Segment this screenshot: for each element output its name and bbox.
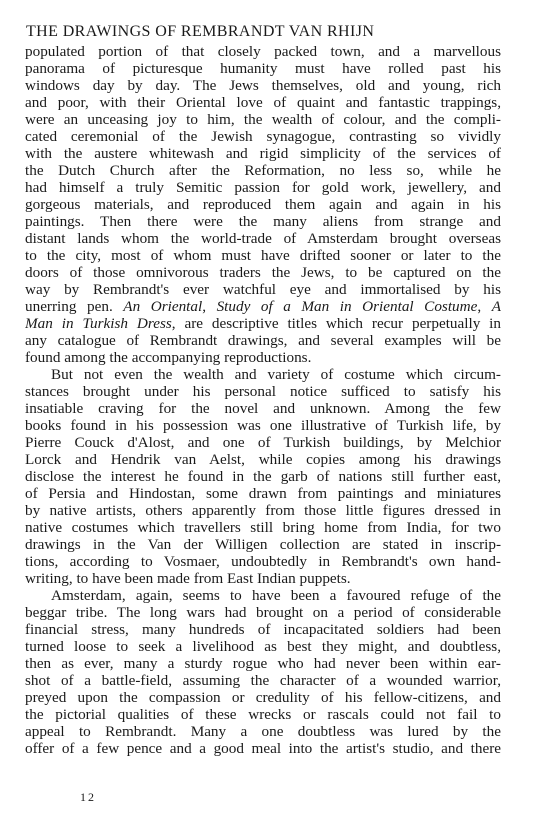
text-line: way by Rembrandt's ever watchful eye and… <box>25 281 501 298</box>
page-number: 12 <box>80 790 96 805</box>
text-line: cated ceremonial of the Jewish synagogue… <box>25 128 501 145</box>
text-line: found among the accompanying reproductio… <box>25 349 501 366</box>
text-line: offer of a few pence and a good meal int… <box>25 740 501 757</box>
text-line: distant lands whom the world-trade of Am… <box>25 230 501 247</box>
text-line: tions, according to Vosmaer, undoubtedly… <box>25 553 501 570</box>
text-line: gorgeous materials, and reproduced them … <box>25 196 501 213</box>
text-line: of Persia and Hindostan, some drawn from… <box>25 485 501 502</box>
text-line: any catalogue of Rembrandt drawings, and… <box>25 332 501 349</box>
text-line: insatiable craving for the novel and unk… <box>25 400 501 417</box>
text-line: panorama of picturesque humanity must ha… <box>25 60 501 77</box>
text-line: windows day by day. The Jews themselves,… <box>25 77 501 94</box>
text-line: books found in his possession was one il… <box>25 417 501 434</box>
text-line: paintings. Then there were the many alie… <box>25 213 501 230</box>
text-line: populated portion of that closely packed… <box>25 43 501 60</box>
text-line: Man in Turkish Dress, are descriptive ti… <box>25 315 501 332</box>
text-line: preyed upon the compassion or credulity … <box>25 689 501 706</box>
text-line: writing, to have been made from East Ind… <box>25 570 501 587</box>
text-line: were an unceasing joy to him, the wealth… <box>25 111 501 128</box>
text-line: doors of those omnivorous traders the Je… <box>25 264 501 281</box>
text-line: unerring pen. An Oriental, Study of a Ma… <box>25 298 501 315</box>
text-line: the pictorial qualities of these wrecks … <box>25 706 501 723</box>
text-line: by native artists, others apparently fro… <box>25 502 501 519</box>
text-line: shot of a battle-field, assuming the cha… <box>25 672 501 689</box>
text-line: stances brought under his personal notic… <box>25 383 501 400</box>
text-line: drawings in the Van der Willigen collect… <box>25 536 501 553</box>
text-line: beggar tribe. The long wars had brought … <box>25 604 501 621</box>
text-line: to the city, most of whom must have drif… <box>25 247 501 264</box>
text-line: Amsterdam, again, seems to have been a f… <box>25 587 501 604</box>
text-line: with the austere whitewash and rigid sim… <box>25 145 501 162</box>
text-line: the Dutch Church after the Reformation, … <box>25 162 501 179</box>
text-line: Pierre Couck d'Alost, and one of Turkish… <box>25 434 501 451</box>
text-line: appeal to Rembrandt. Many a one doubtles… <box>25 723 501 740</box>
text-line: turned loose to seek a livelihood as bes… <box>25 638 501 655</box>
body-text: populated portion of that closely packed… <box>25 43 501 757</box>
running-head: THE DRAWINGS OF REMBRANDT VAN RHIJN <box>26 22 501 42</box>
text-line: financial stress, many hundreds of incap… <box>25 621 501 638</box>
text-line: But not even the wealth and variety of c… <box>25 366 501 383</box>
book-page: THE DRAWINGS OF REMBRANDT VAN RHIJN popu… <box>25 22 501 757</box>
text-line: had himself a truly Semitic passion for … <box>25 179 501 196</box>
text-line: and poor, with their Oriental love of qu… <box>25 94 501 111</box>
text-line: Lorck and Hendrik van Aelst, while copie… <box>25 451 501 468</box>
text-line: then as ever, many a sturdy rogue who ha… <box>25 655 501 672</box>
text-line: disclose the interest he found in the ga… <box>25 468 501 485</box>
text-line: native costumes which travellers still b… <box>25 519 501 536</box>
